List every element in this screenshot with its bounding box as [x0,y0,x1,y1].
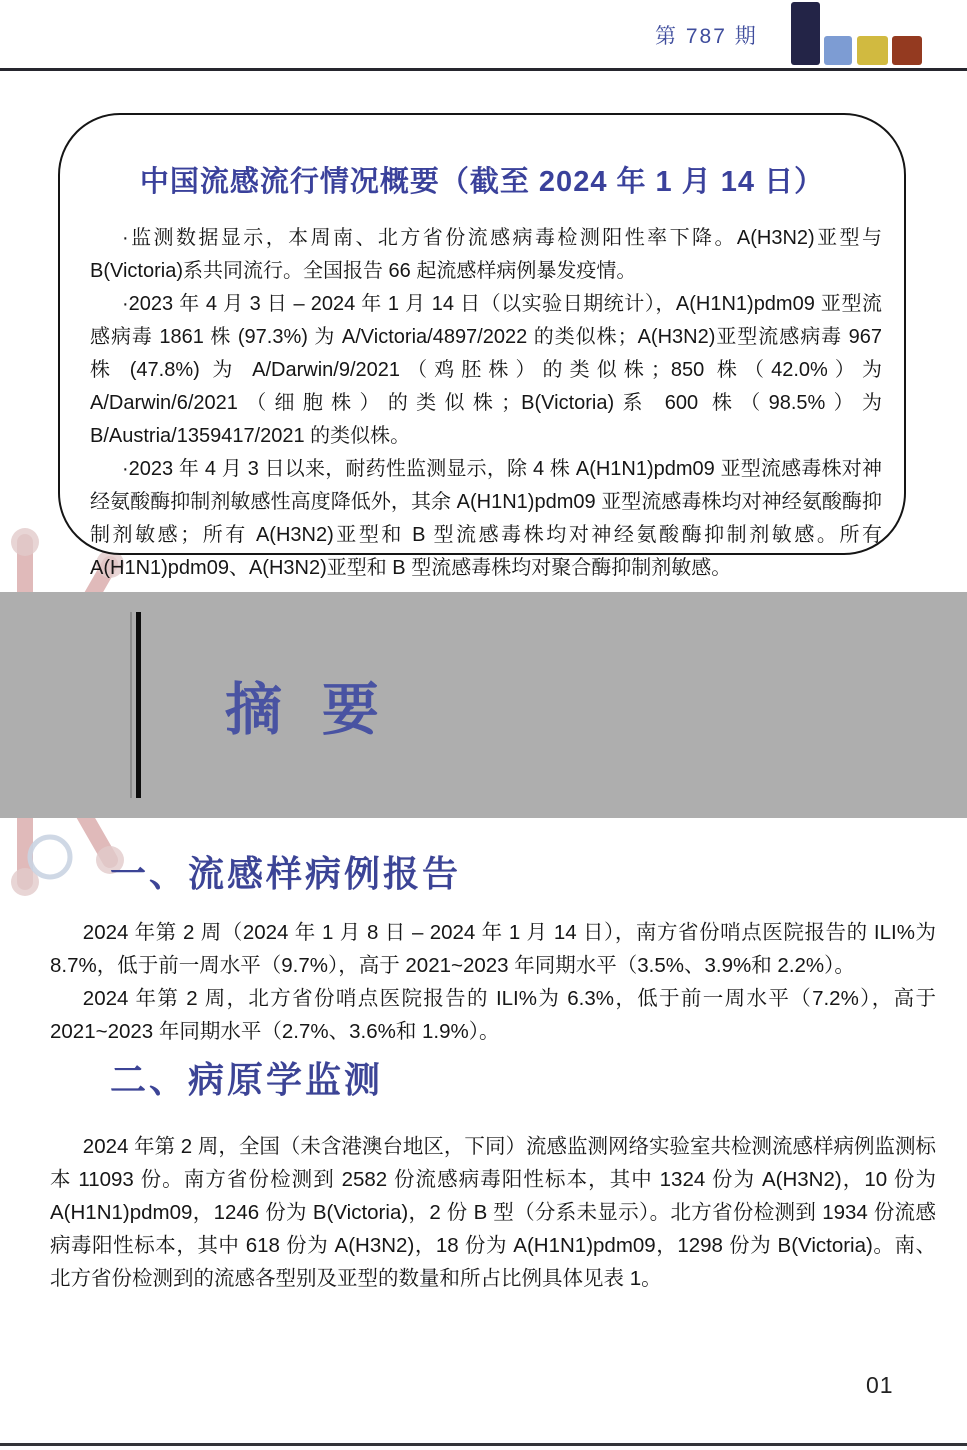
logo-bar-navy [791,2,820,65]
report-page: 第 787 期 [0,0,967,1450]
summary-box: 中国流感流行情况概要（截至 2024 年 1 月 14 日） ·监测数据显示，本… [58,113,906,555]
issue-number: 第 787 期 [655,20,758,50]
logo-bar-brown [892,36,922,65]
section-heading-ili-report: 一、流感样病例报告 [110,846,461,897]
section-paragraph: 2024 年第 2 周（2024 年 1 月 8 日 – 2024 年 1 月 … [50,916,936,982]
summary-title: 中国流感流行情况概要（截至 2024 年 1 月 14 日） [60,159,904,200]
page-number: 01 [866,1372,894,1399]
abstract-banner: 摘 要 [0,592,967,818]
logo-bar-blue [824,36,852,65]
footer-divider [0,1443,967,1446]
section-heading-pathogen-surveillance: 二、病原学监测 [110,1052,383,1103]
summary-paragraph: ·2023 年 4 月 3 日 – 2024 年 1 月 14 日（以实验日期统… [90,288,882,453]
header-divider [0,68,967,71]
logo-bar-yellow [857,36,888,65]
summary-body: ·监测数据显示，本周南、北方省份流感病毒检测阳性率下降。A(H3N2)亚型与 B… [60,222,904,585]
section-paragraph: 2024 年第 2 周，北方省份哨点医院报告的 ILI%为 6.3%，低于前一周… [50,982,936,1048]
section-paragraph: 2024 年第 2 周，全国（未含港澳台地区，下同）流感监测网络实验室共检测流感… [50,1130,936,1295]
abstract-title: 摘 要 [225,664,391,746]
summary-paragraph: ·2023 年 4 月 3 日以来，耐药性监测显示，除 4 株 A(H1N1)p… [90,453,882,585]
summary-paragraph: ·监测数据显示，本周南、北方省份流感病毒检测阳性率下降。A(H3N2)亚型与 B… [90,222,882,288]
